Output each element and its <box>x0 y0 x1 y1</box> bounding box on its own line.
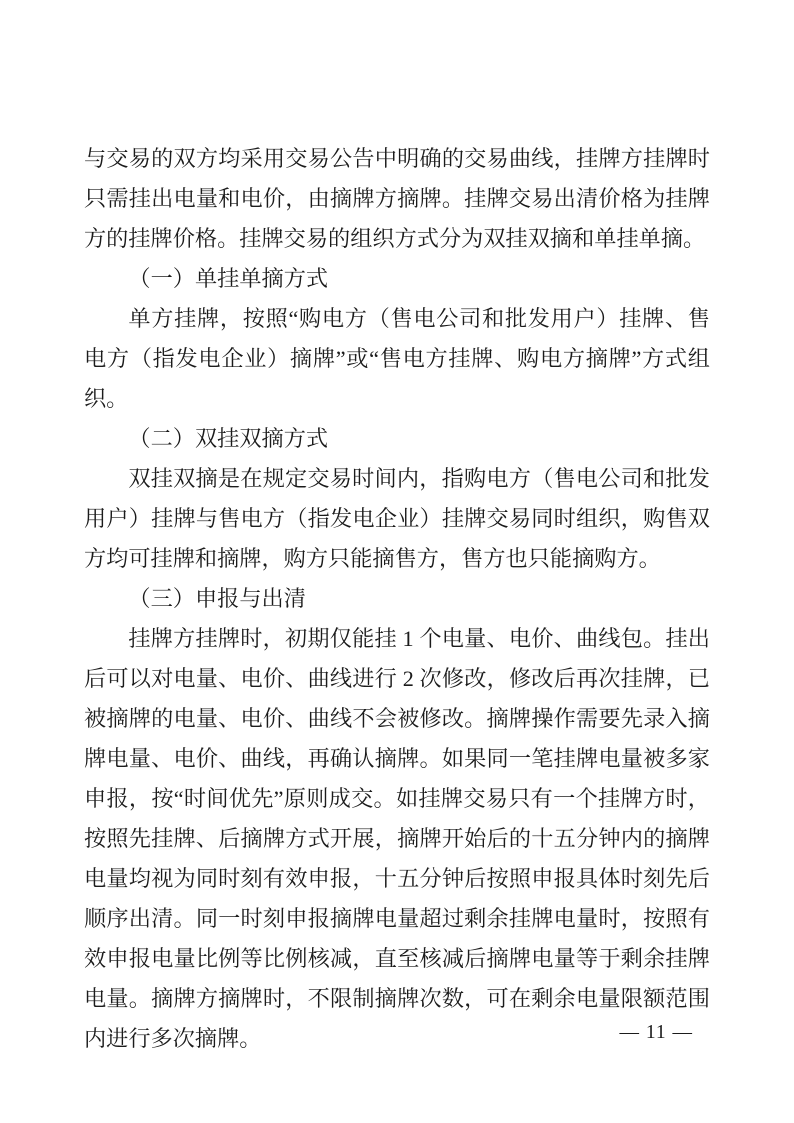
section-heading-3: （三）申报与出清 <box>84 579 710 619</box>
paragraph-declaration-clearing: 挂牌方挂牌时，初期仅能挂 1 个电量、电价、曲线包。挂出后可以对电量、电价、曲线… <box>84 619 710 1059</box>
paragraph-double-listing: 双挂双摘是在规定交易时间内，指购电方（售电公司和批发用户）挂牌与售电方（指发电企… <box>84 459 710 579</box>
section-heading-2: （二）双挂双摘方式 <box>84 419 710 459</box>
page-number: — 11 — <box>619 1022 693 1044</box>
section-heading-1: （一）单挂单摘方式 <box>84 259 710 299</box>
paragraph-single-listing: 单方挂牌，按照“购电方（售电公司和批发用户）挂牌、售电方（指发电企业）摘牌”或“… <box>84 299 710 419</box>
document-body: 与交易的双方均采用交易公告中明确的交易曲线，挂牌方挂牌时只需挂出电量和电价，由摘… <box>84 139 710 1059</box>
document-page: 与交易的双方均采用交易公告中明确的交易曲线，挂牌方挂牌时只需挂出电量和电价，由摘… <box>0 0 794 1123</box>
paragraph-continuation: 与交易的双方均采用交易公告中明确的交易曲线，挂牌方挂牌时只需挂出电量和电价，由摘… <box>84 139 710 259</box>
